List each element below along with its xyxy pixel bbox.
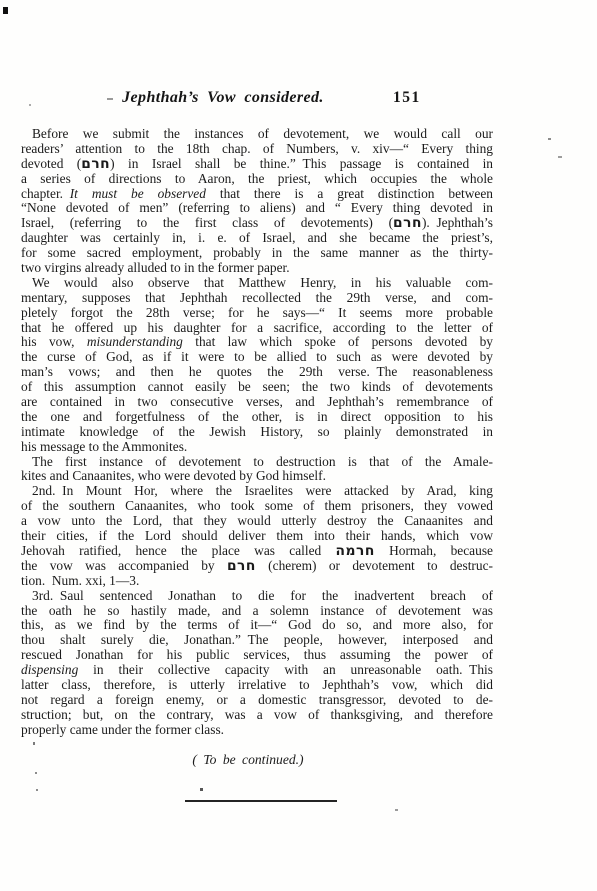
text-segment: this, as we find by the terms of it—“ Go… [21,617,493,632]
text-line: the one and forgetfulness of the other, … [21,410,493,425]
text-line: his vow, misunderstanding that law which… [21,335,493,350]
text-segment: the one and forgetfulness of the other, … [21,409,493,424]
text-line: a series of directions to Aaron, the pri… [21,172,493,187]
text-line: dispensing in their collective capacity … [21,663,493,678]
text-line: their cities, if the Lord should deliver… [21,529,493,544]
text-segment: readers’ attention to the 18th chap. of … [21,141,493,156]
text-segment: in their collective capacity with an unr… [78,662,493,677]
paragraph-4: 2nd. In Mount Hor, where the Israelites … [21,484,493,588]
text-segment: of the southern Canaanites, who took som… [21,498,493,513]
text-line: struction; but, on the contrary, was a v… [21,708,493,723]
text-line: thou shalt surely die, Jonathan.” The pe… [21,633,493,648]
text-segment: (cherem) or devotement to destruc- [256,558,493,573]
section-divider-rule [185,800,337,802]
book-page: Jephthah’s Vow considered. 151 Before we… [0,0,597,891]
text-line: latter class, therefore, is utterly irre… [21,678,493,693]
text-segment: mentary, supposes that Jephthah recollec… [21,290,493,305]
text-line: of this assumption cannot easily be seen… [21,380,493,395]
text-segment: properly came under the former class. [21,722,224,737]
hebrew-word: חרם [393,215,422,231]
text-line: man’s vows; and then he quotes the 29th … [21,365,493,380]
text-segment: devoted ( [21,156,81,171]
text-segment: rescued Jonathan for his public services… [21,647,493,662]
text-segment: their cities, if the Lord should deliver… [21,528,493,543]
text-segment: his vow, [21,334,87,349]
italic-phrase: misunderstanding [87,334,183,349]
paragraph-5: 3rd. Saul sentenced Jonathan to die for … [21,589,493,738]
text-line: the oath he so hastily made, and a solem… [21,604,493,619]
paragraph-1: Before we submit the instances of devote… [21,127,493,276]
text-segment: pletely forgot the 28th verse; for he sa… [21,305,493,320]
text-line: “None devoted of men” (referring to alie… [21,201,493,216]
text-segment: his message to the Ammonites. [21,439,187,454]
text-line: readers’ attention to the 18th chap. of … [21,142,493,157]
text-line: intimate knowledge of the Jewish History… [21,425,493,440]
ink-speck [36,789,38,791]
text-segment: daughter was certainly in, i. e. of Isra… [21,230,493,245]
text-segment: kites and Canaanites, who were devoted b… [21,468,326,483]
ink-speck [395,809,398,811]
text-segment: chapter. [21,186,70,201]
text-segment: 2nd. In Mount Hor, where the Israelites … [32,483,493,498]
text-line: properly came under the former class. [21,723,493,738]
text-line: a vow unto the Lord, that they would utt… [21,514,493,529]
text-segment: the vow was accompanied by [21,558,227,573]
text-segment: are contained in two consecutive verses,… [21,394,493,409]
text-line: of the southern Canaanites, who took som… [21,499,493,514]
hebrew-word: חרם [227,558,256,574]
text-segment: not regard a foreign enemy, or a domesti… [21,692,493,707]
text-line: Before we submit the instances of devote… [21,127,493,142]
text-line: for some sacred employment, probably in … [21,246,493,261]
text-line: two virgins already alluded to in the fo… [21,261,493,276]
text-segment: two virgins already alluded to in the fo… [21,260,290,275]
text-line: the curse of God, as if it were to be al… [21,350,493,365]
paragraph-3: The first instance of devotement to dest… [21,455,493,485]
text-line: his message to the Ammonites. [21,440,493,455]
text-line: devoted (חרם) in Israel shall be thine.”… [21,157,493,172]
text-segment: that law which spoke of persons devoted … [183,334,493,349]
text-line: pletely forgot the 28th verse; for he sa… [21,306,493,321]
text-segment: The first instance of devotement to dest… [32,454,493,469]
text-segment: Before we submit the instances of devote… [32,126,493,141]
text-segment: a vow unto the Lord, that they would utt… [21,513,493,528]
paragraph-2: We would also observe that Matthew Henry… [21,276,493,455]
text-segment: Jehovah ratified, hence the place was ca… [21,543,336,558]
text-line: this, as we find by the terms of it—“ Go… [21,618,493,633]
ink-speck [200,788,203,791]
text-segment: of this assumption cannot easily be seen… [21,379,493,394]
text-line: mentary, supposes that Jephthah recollec… [21,291,493,306]
text-segment: man’s vows; and then he quotes the 29th … [21,364,493,379]
text-line: We would also observe that Matthew Henry… [21,276,493,291]
hebrew-word: חרם [81,156,110,172]
text-segment: 3rd. Saul sentenced Jonathan to die for … [32,588,493,603]
ink-speck [33,742,35,745]
hebrew-word: חרמה [336,543,375,559]
italic-phrase: dispensing [21,662,78,677]
page-body: Before we submit the instances of devote… [21,127,493,738]
text-segment: Israel, (referring to the first class of… [21,215,393,230]
ink-speck [548,138,551,140]
ink-speck [3,7,8,14]
continued-notice: ( To be continued.) [12,752,484,768]
text-segment: that there is a great distinction betwee… [206,186,493,201]
text-line: that he offered up his daughter for a sa… [21,321,493,336]
text-line: the vow was accompanied by חרם (cherem) … [21,559,493,574]
text-segment: that he offered up his daughter for a sa… [21,320,493,335]
text-line: The first instance of devotement to dest… [21,455,493,470]
page-number: 151 [393,89,421,107]
text-line: not regard a foreign enemy, or a domesti… [21,693,493,708]
text-line: 2nd. In Mount Hor, where the Israelites … [21,484,493,499]
ink-speck [35,772,37,774]
text-line: Israel, (referring to the first class of… [21,216,493,231]
running-head-title: Jephthah’s Vow considered. [0,89,446,107]
text-segment: thou shalt surely die, Jonathan.” The pe… [21,632,493,647]
text-segment: intimate knowledge of the Jewish History… [21,424,493,439]
ink-speck [558,156,562,158]
text-segment: ) in Israel shall be thine.” This passag… [110,156,493,171]
continued-notice-text: ( To be continued.) [192,752,303,767]
text-segment: latter class, therefore, is utterly irre… [21,677,493,692]
text-segment: “None devoted of men” (referring to alie… [21,200,493,215]
text-segment: tion. Num. xxi, 1—3. [21,573,139,588]
text-line: chapter. It must be observed that there … [21,187,493,202]
italic-phrase: It must be observed [70,186,206,201]
text-line: 3rd. Saul sentenced Jonathan to die for … [21,589,493,604]
text-segment: ). Jephthah’s [422,215,493,230]
text-segment: a series of directions to Aaron, the pri… [21,171,493,186]
text-line: Jehovah ratified, hence the place was ca… [21,544,493,559]
text-segment: the curse of God, as if it were to be al… [21,349,493,364]
text-line: tion. Num. xxi, 1—3. [21,574,493,589]
text-segment: We would also observe that Matthew Henry… [32,275,493,290]
text-line: daughter was certainly in, i. e. of Isra… [21,231,493,246]
text-segment: the oath he so hastily made, and a solem… [21,603,493,618]
text-line: are contained in two consecutive verses,… [21,395,493,410]
text-segment: for some sacred employment, probably in … [21,245,493,260]
text-line: kites and Canaanites, who were devoted b… [21,469,493,484]
text-segment: Hormah, because [375,543,493,558]
text-line: rescued Jonathan for his public services… [21,648,493,663]
text-segment: struction; but, on the contrary, was a v… [21,707,493,722]
